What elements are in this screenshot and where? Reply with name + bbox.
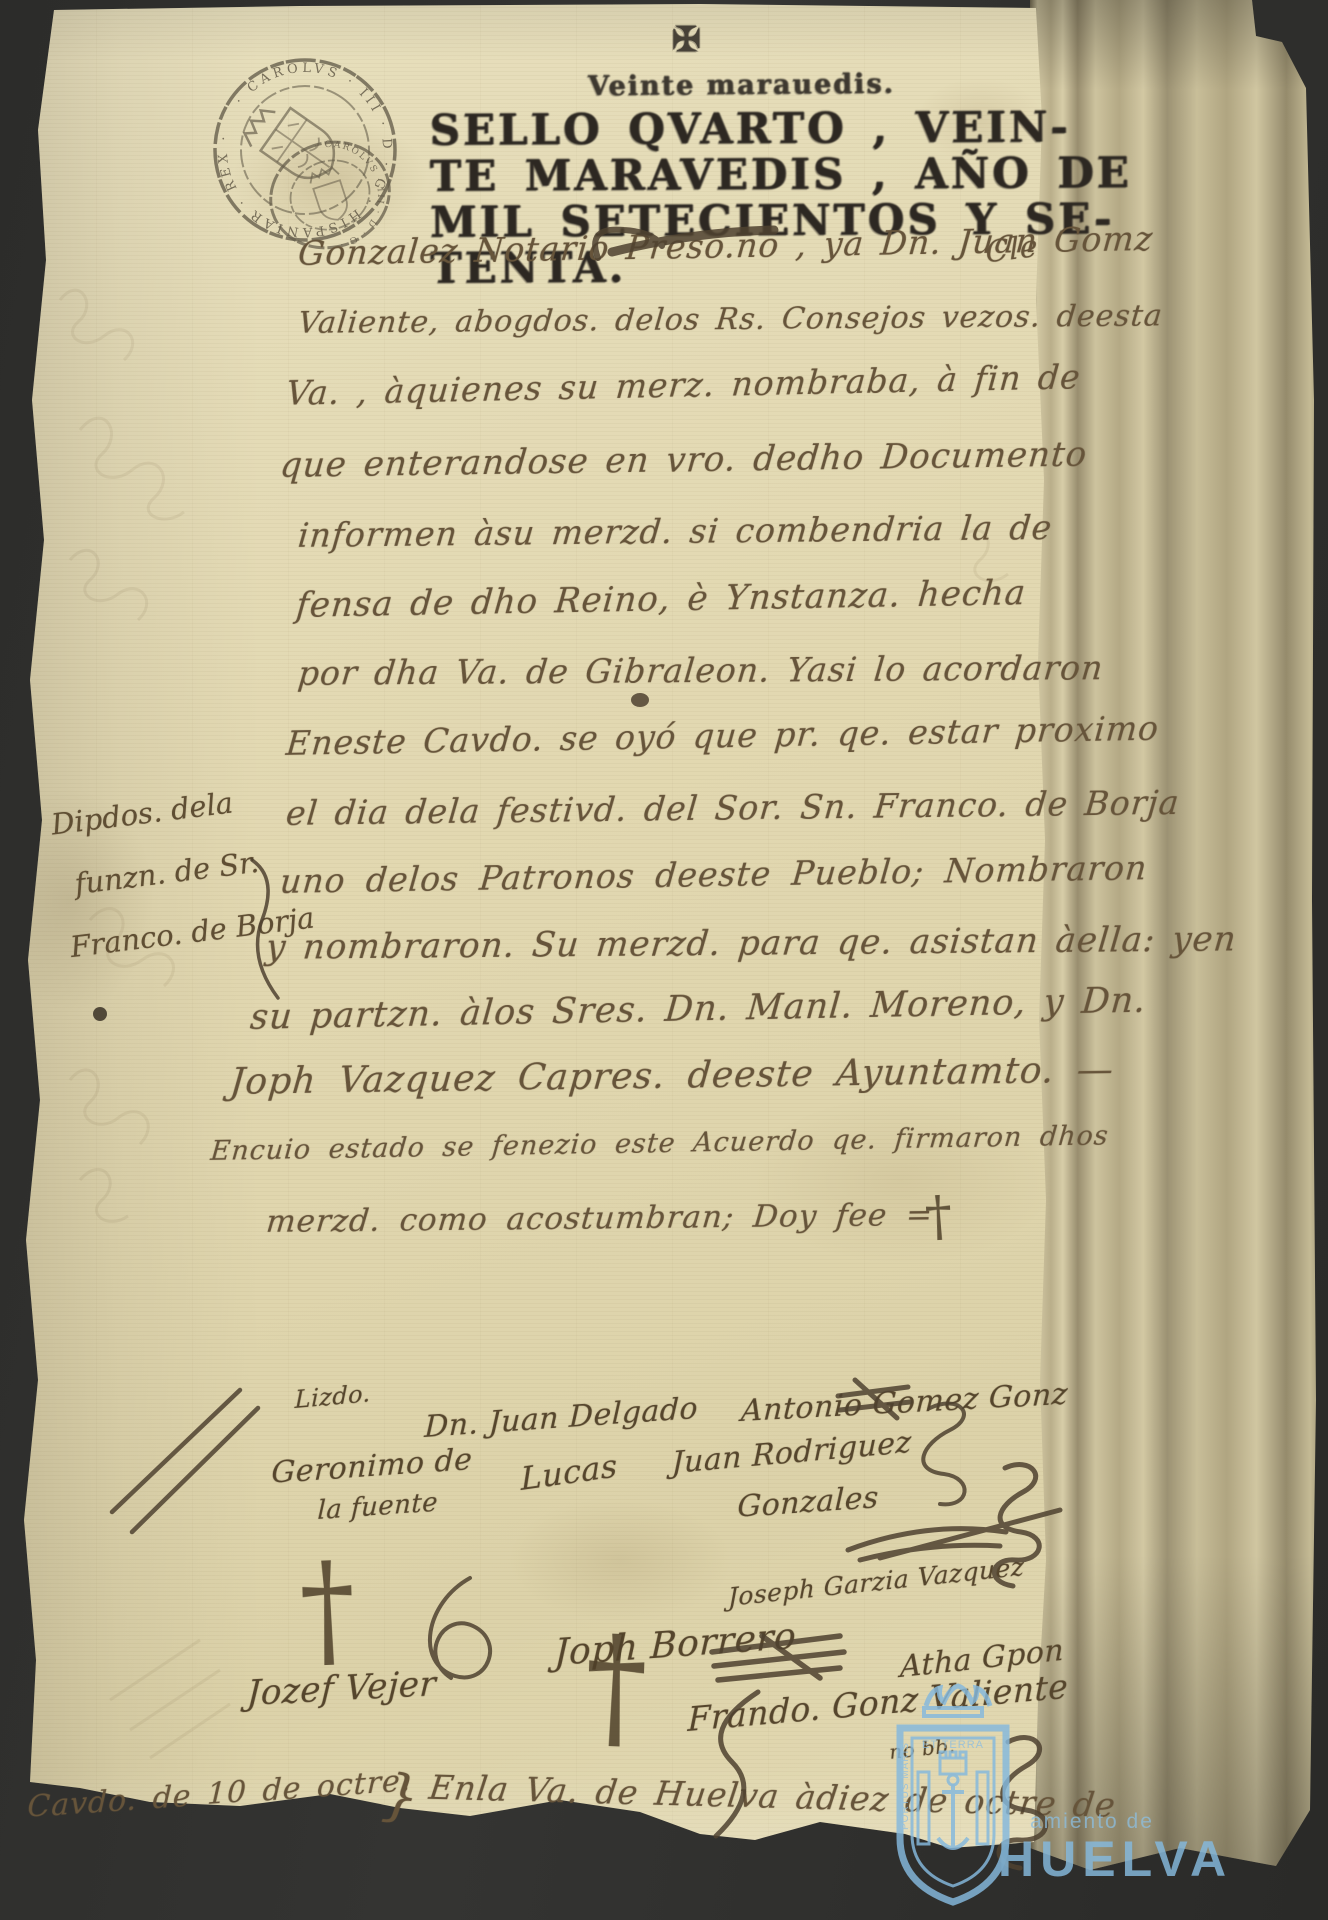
manuscript-line: merzd. como acostumbran; Doy fee = (265, 1197, 935, 1240)
heading-line: TE MARAVEDIS , AÑO DE (430, 150, 1132, 200)
watermark-motto-top: ET TERRA (922, 1739, 984, 1751)
tax-value-note: Veinte marauedis. (588, 69, 895, 103)
watermark-castle (940, 1758, 966, 1774)
manuscript-line: por dha Va. de Gibraleon. Yasi lo acorda… (296, 648, 1105, 693)
footer-bracket: } (379, 1762, 424, 1831)
watermark-anchor (938, 1784, 968, 1850)
ink-cross-mark: † (298, 1534, 357, 1683)
manuscript-line: y nombraron. Su merzd. para qe. asistan … (264, 920, 1238, 969)
stamp-crown (239, 104, 275, 147)
watermark-motto-side: PORTUS MARIS (900, 1742, 911, 1830)
printers-cross-mark: ✠ (672, 20, 701, 60)
ink-cross-mark: † (923, 1184, 953, 1248)
huelva-watermark: ET TERRA PORTUS MARIS amiento de HUELVA (880, 1680, 1320, 1920)
manuscript-line-fragment: Cle (985, 229, 1039, 272)
manuscript-line: informen àsu merzd. si combendria la de (296, 508, 1054, 555)
watermark-city-text: HUELVA (998, 1830, 1232, 1888)
photographed-manuscript-scene: { "page": { "top_mark": "✠", "tax_note":… (0, 0, 1328, 1920)
margin-note: Dipdos. dela funzn. de Sr. Franco. de Bo… (48, 763, 318, 978)
watermark-column-left (918, 1772, 929, 1844)
watermark-column-right (977, 1772, 988, 1844)
ink-cross-mark: † (583, 1607, 650, 1768)
watermark-crown (926, 1686, 990, 1706)
heading-line: SELLO QVARTO , VEIN- (430, 104, 1132, 154)
